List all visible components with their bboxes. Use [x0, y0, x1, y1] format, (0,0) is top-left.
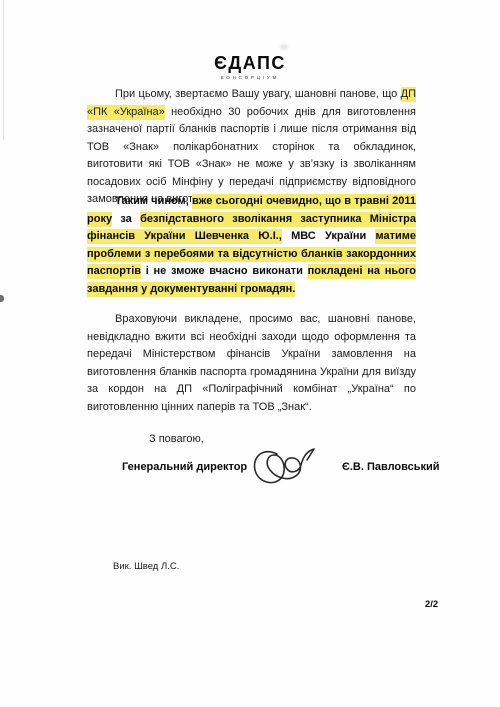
- text-segment: Враховуючи викладене, просимо вас, шанов…: [87, 313, 416, 413]
- paragraph: Враховуючи викладене, просимо вас, шанов…: [87, 311, 416, 416]
- text-segment: за: [112, 213, 140, 225]
- text-segment: і не зможе вчасно виконати: [141, 265, 308, 277]
- signatory-title: Генеральний директор: [122, 461, 247, 473]
- executor-note: Вик. Швед Л.С.: [113, 561, 179, 572]
- text-segment: Таким чином,: [115, 195, 192, 207]
- signatory-name: Є.В. Павловський: [342, 461, 440, 473]
- logo-text: ЄДАПС: [0, 53, 500, 74]
- paragraph: При цьому, звертаємо Вашу увагу, шановні…: [87, 86, 416, 209]
- paragraph-bold-highlighted: Таким чином, вже сьогодні очевидно, що в…: [87, 193, 416, 298]
- letterhead-logo: ЄДАПС консорціум: [0, 53, 500, 80]
- text-segment: При цьому, звертаємо Вашу увагу, шановні…: [115, 88, 401, 100]
- logo-subtitle: консорціум: [0, 75, 500, 80]
- scan-artifact: [0, 295, 4, 302]
- scan-artifact: [280, 44, 288, 50]
- closing-phrase: З повагою,: [149, 433, 204, 445]
- text-segment: необхідно 30 робочих днів для виготовлен…: [87, 106, 416, 206]
- page-number: 2/2: [425, 599, 438, 610]
- handwritten-signature: [247, 442, 319, 494]
- text-segment: МВС України: [282, 230, 376, 242]
- scanned-letter-page: ЄДАПС консорціум При цьому, звертаємо Ва…: [0, 0, 500, 707]
